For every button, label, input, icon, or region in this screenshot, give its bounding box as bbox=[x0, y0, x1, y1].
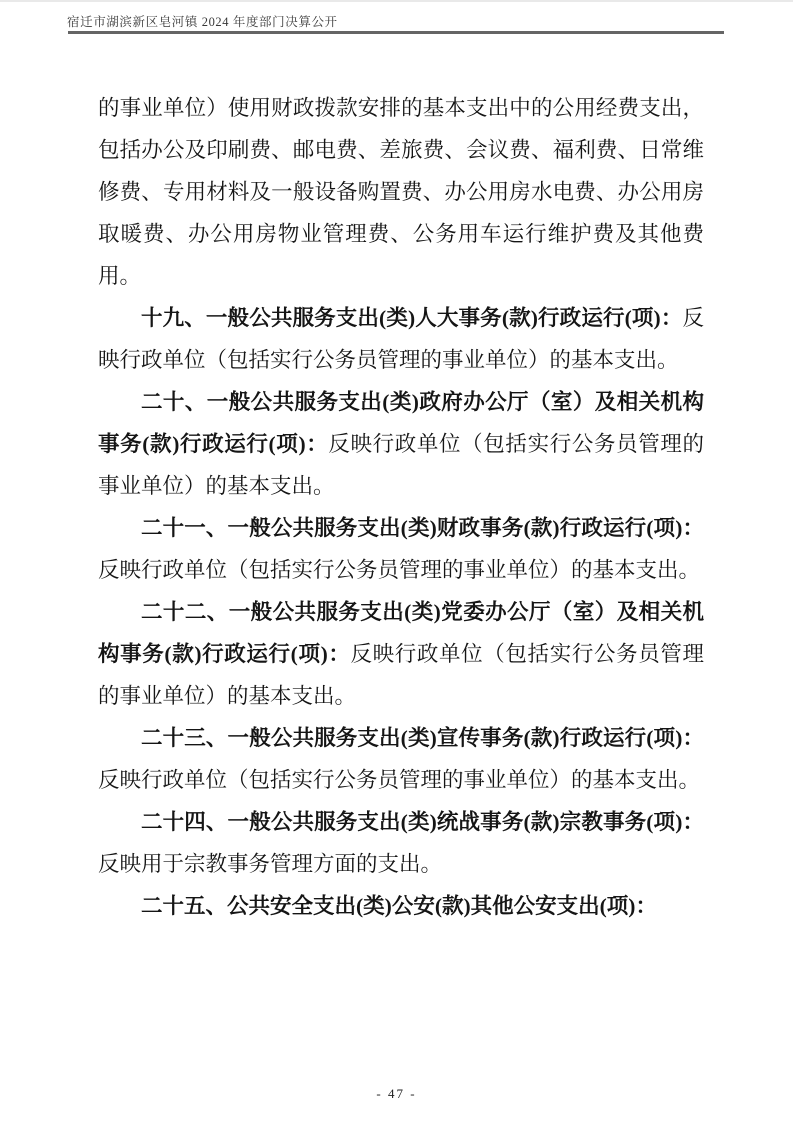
paragraph: 二十二、一般公共服务支出(类)党委办公厅（室）及相关机构事务(款)行政运行(项)… bbox=[98, 591, 704, 717]
page-footer: - 47 - bbox=[0, 1085, 793, 1103]
paragraph: 十九、一般公共服务支出(类)人大事务(款)行政运行(项)：反映行政单位（包括实行… bbox=[98, 297, 704, 381]
document-page: 宿迁市湖滨新区皂河镇 2024 年度部门决算公开 的事业单位）使用财政拨款安排的… bbox=[0, 0, 793, 1122]
text-segment: 的事业单位）使用财政拨款安排的基本支出中的公用经费支出，包括办公及印刷费、邮电费… bbox=[98, 96, 704, 288]
page-number: - 47 - bbox=[376, 1086, 416, 1101]
text-segment: 反映行政单位（包括实行公务员管理的事业单位）的基本支出。 bbox=[98, 558, 700, 582]
document-body: 的事业单位）使用财政拨款安排的基本支出中的公用经费支出，包括办公及印刷费、邮电费… bbox=[98, 87, 704, 927]
paragraph: 二十、一般公共服务支出(类)政府办公厅（室）及相关机构事务(款)行政运行(项)：… bbox=[98, 381, 704, 507]
text-segment: 反映行政单位（包括实行公务员管理的事业单位）的基本支出。 bbox=[98, 768, 700, 792]
paragraph: 二十一、一般公共服务支出(类)财政事务(款)行政运行(项)：反映行政单位（包括实… bbox=[98, 507, 704, 591]
header-rule bbox=[68, 31, 724, 34]
paragraph: 二十四、一般公共服务支出(类)统战事务(款)宗教事务(项)：反映用于宗教事务管理… bbox=[98, 801, 704, 885]
paragraph: 二十五、公共安全支出(类)公安(款)其他公安支出(项)： bbox=[98, 885, 704, 927]
paragraph: 二十三、一般公共服务支出(类)宣传事务(款)行政运行(项)：反映行政单位（包括实… bbox=[98, 717, 704, 801]
heading-segment: 二十三、一般公共服务支出(类)宣传事务(款)行政运行(项)： bbox=[141, 726, 704, 750]
heading-segment: 二十一、一般公共服务支出(类)财政事务(款)行政运行(项)： bbox=[141, 516, 704, 540]
paragraph: 的事业单位）使用财政拨款安排的基本支出中的公用经费支出，包括办公及印刷费、邮电费… bbox=[98, 87, 704, 297]
heading-segment: 二十四、一般公共服务支出(类)统战事务(款)宗教事务(项)： bbox=[141, 810, 704, 834]
heading-segment: 二十五、公共安全支出(类)公安(款)其他公安支出(项)： bbox=[141, 894, 657, 918]
page-top-edge bbox=[0, 0, 793, 2]
text-segment: 反映用于宗教事务管理方面的支出。 bbox=[98, 852, 442, 876]
heading-segment: 十九、一般公共服务支出(类)人大事务(款)行政运行(项)： bbox=[141, 306, 682, 330]
header-title: 宿迁市湖滨新区皂河镇 2024 年度部门决算公开 bbox=[67, 12, 338, 30]
